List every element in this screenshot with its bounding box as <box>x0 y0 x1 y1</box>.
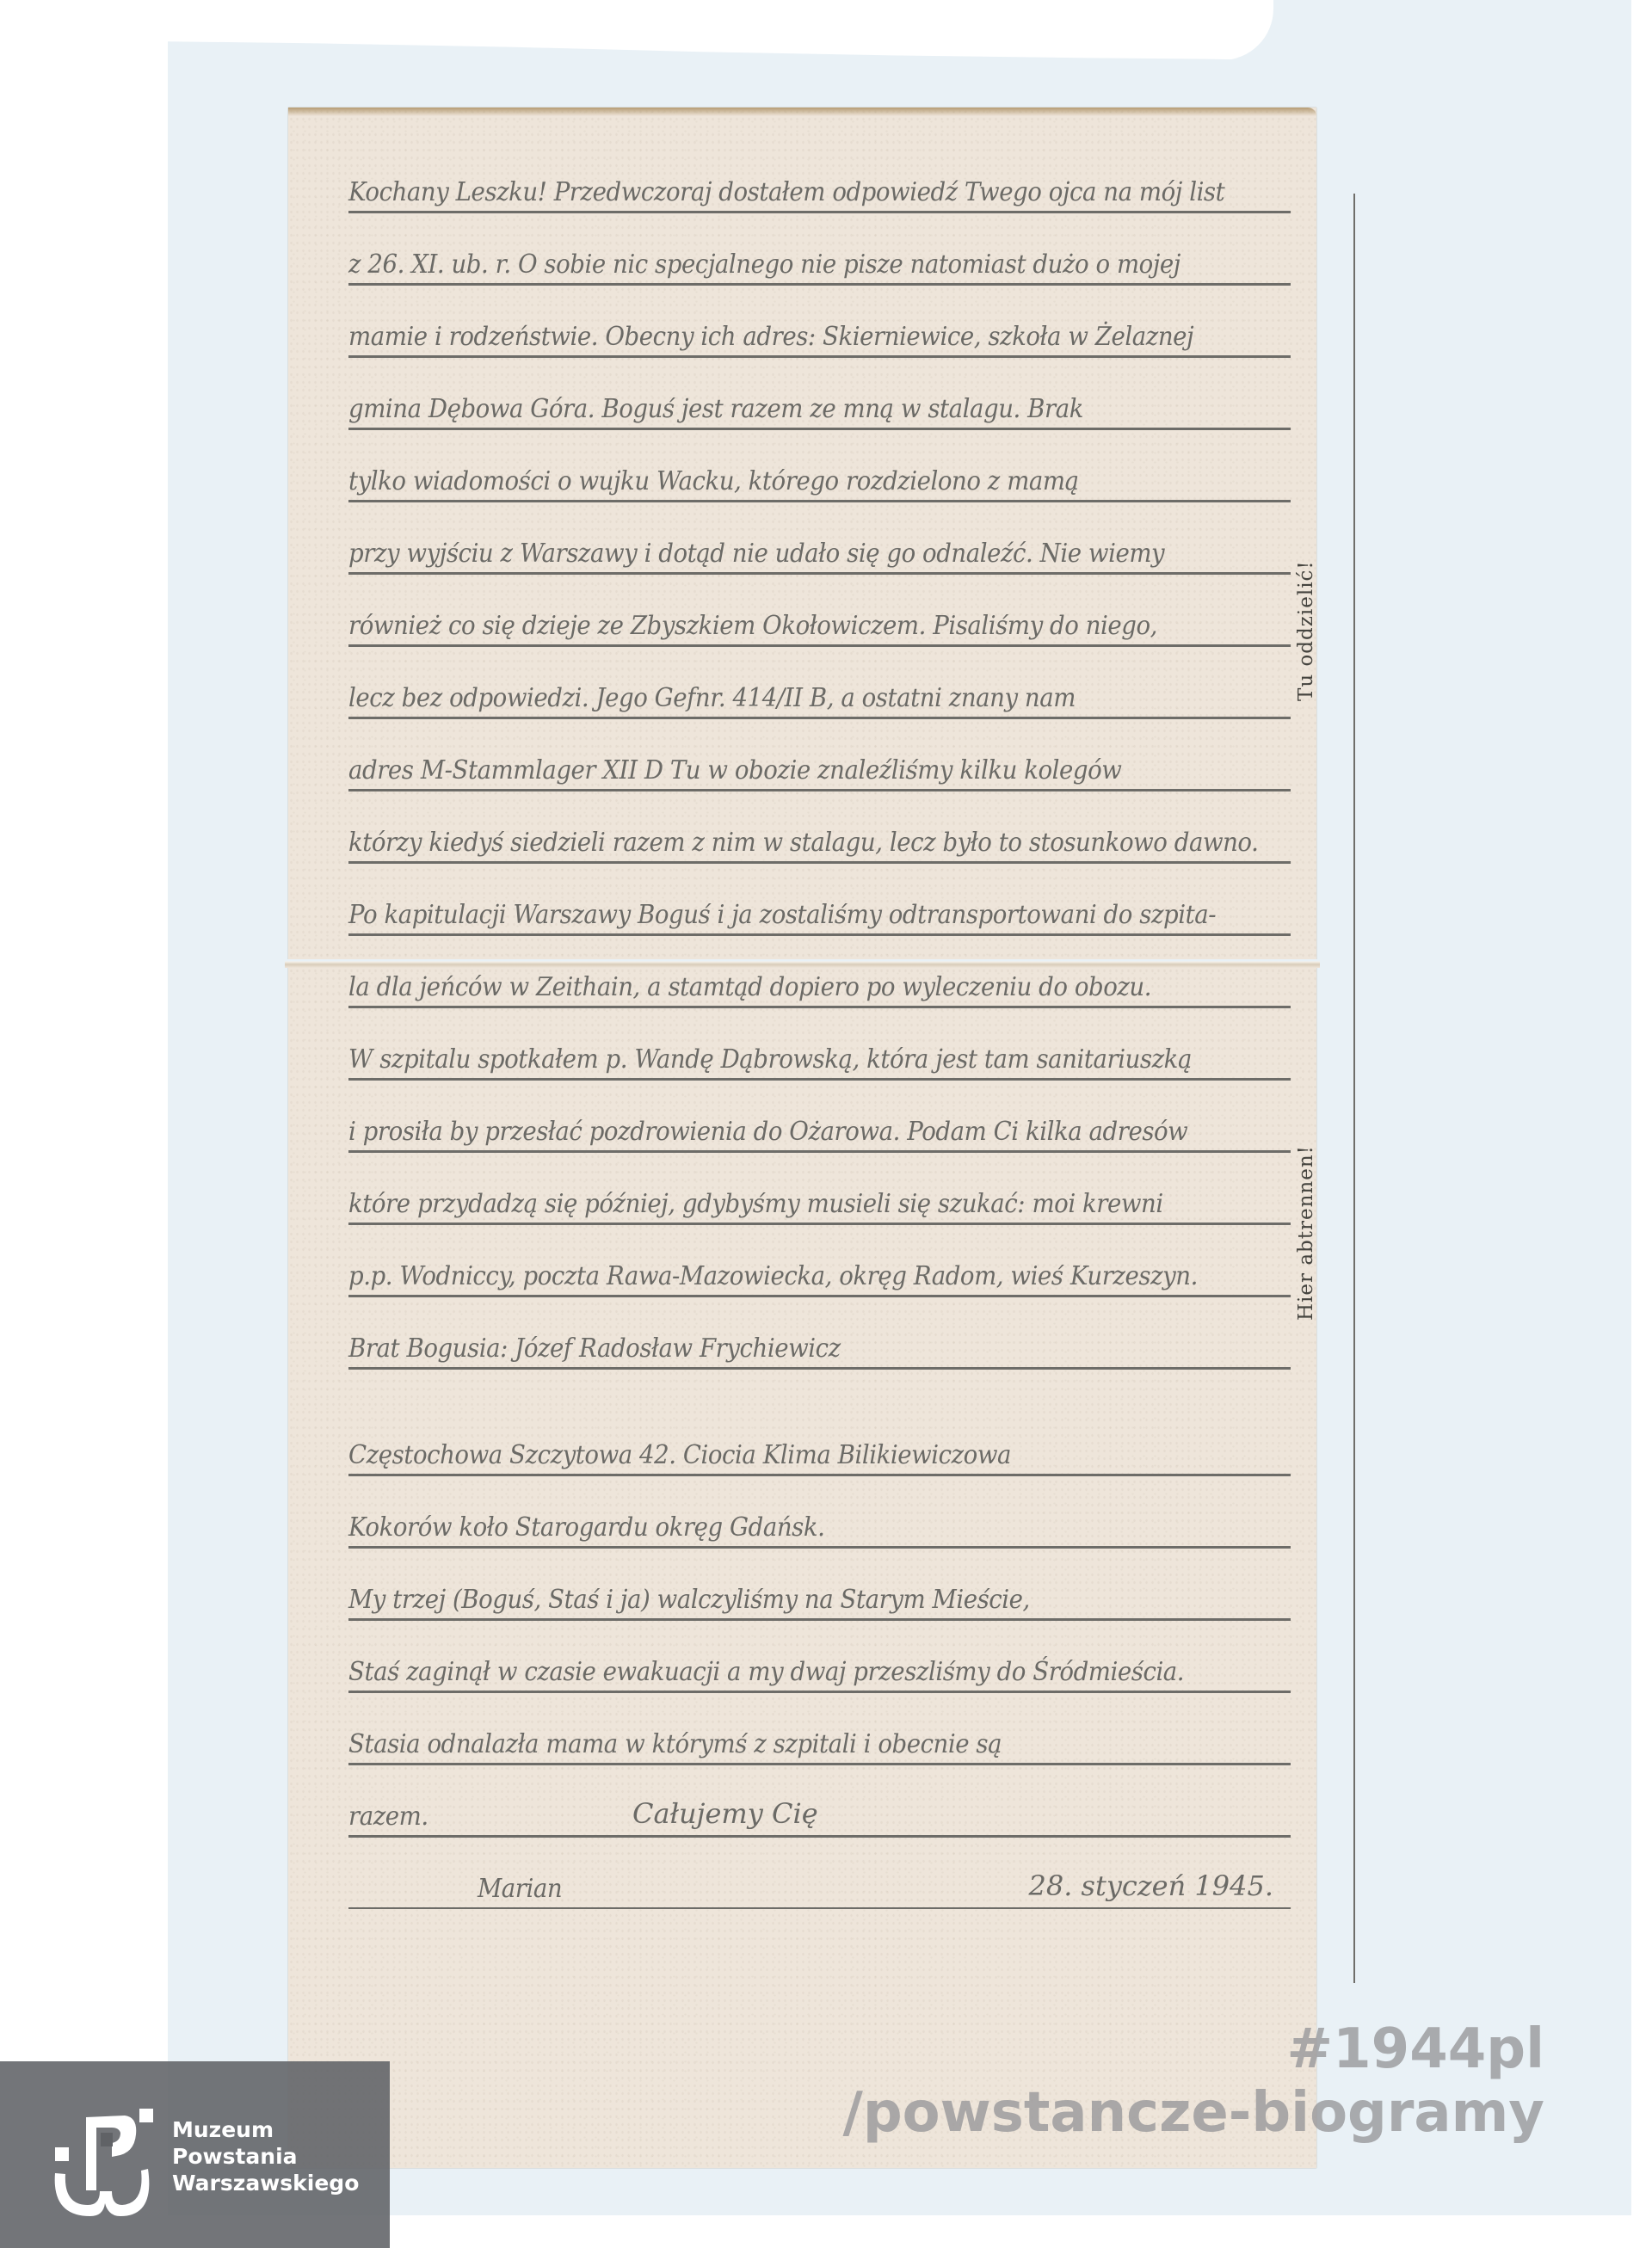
text-line: i prosiła by przesłać pozdrowienia do Oż… <box>348 1099 1291 1153</box>
text-line: Po kapitulacji Warszawy Boguś i ja zosta… <box>348 882 1291 936</box>
line-text: Kochany Leszku! Przedwczoraj dostałem od… <box>348 177 1224 207</box>
text-line: Stasia odnalazła mama w którymś z szpita… <box>348 1711 1291 1765</box>
line-text: które przydadzą się później, gdybyśmy mu… <box>348 1189 1163 1219</box>
tear-off-rule <box>1353 194 1355 1983</box>
background-sheet-left <box>0 0 168 2248</box>
line-text: Częstochowa Szczytowa 42. Ciocia Klima B… <box>348 1440 1011 1470</box>
line-text: la dla jeńców w Zeithain, a stamtąd dopi… <box>348 972 1151 1002</box>
text-line: również co się dzieje ze Zbyszkiem Około… <box>348 593 1291 647</box>
letter-date: 28. styczeń 1945. <box>1028 1869 1273 1902</box>
text-line: tylko wiadomości o wujku Wacku, którego … <box>348 448 1291 502</box>
text-line: gmina Dębowa Góra. Boguś jest razem ze m… <box>348 376 1291 430</box>
museum-logo-box: Muzeum Powstania Warszawskiego <box>0 2061 390 2248</box>
kotwica-anchor-icon <box>52 2109 155 2220</box>
line-text: adres M-Stammlager XII D Tu w obozie zna… <box>348 755 1121 785</box>
line-text: W szpitalu spotkałem p. Wandę Dąbrowską,… <box>348 1044 1192 1075</box>
text-line: Kochany Leszku! Przedwczoraj dostałem od… <box>348 159 1291 213</box>
text-line: Staś zaginął w czasie ewakuacji a my dwa… <box>348 1639 1291 1693</box>
text-line: lecz bez odpowiedzi. Jego Gefnr. 414/II … <box>348 665 1291 719</box>
closing: Całujemy Cię <box>632 1797 818 1830</box>
museum-name-line-1: Muzeum <box>172 2116 359 2143</box>
text-line: adres M-Stammlager XII D Tu w obozie zna… <box>348 737 1291 791</box>
text-line: przy wyjściu z Warszawy i dotąd nie udał… <box>348 520 1291 575</box>
text-line: Kokorów koło Starogardu okręg Gdańsk. <box>348 1494 1291 1549</box>
museum-name-line-2: Powstania <box>172 2143 359 2170</box>
watermark-hashtag: #1944pl <box>842 2017 1544 2081</box>
text-line: My trzej (Boguś, Staś i ja) walczyliśmy … <box>348 1567 1291 1621</box>
signature: Marian <box>478 1874 562 1904</box>
text-line: la dla jeńców w Zeithain, a stamtąd dopi… <box>348 954 1291 1008</box>
line-text: tylko wiadomości o wujku Wacku, którego … <box>348 466 1079 496</box>
line-text: Stasia odnalazła mama w którymś z szpita… <box>348 1729 1002 1759</box>
line-text: Brat Bogusia: Józef Radosław Frychiewicz <box>348 1333 841 1364</box>
text-line: razem.Całujemy Cię <box>348 1783 1291 1838</box>
background-sheet-top <box>0 0 1273 60</box>
line-text: lecz bez odpowiedzi. Jego Gefnr. 414/II … <box>348 683 1076 713</box>
text-line: Częstochowa Szczytowa 42. Ciocia Klima B… <box>348 1422 1291 1476</box>
line-text: Kokorów koło Starogardu okręg Gdańsk. <box>348 1512 824 1543</box>
line-text: razem. <box>348 1801 428 1832</box>
museum-name-line-3: Warszawskiego <box>172 2170 359 2196</box>
text-line: którzy kiedyś siedzieli razem z nim w st… <box>348 810 1291 864</box>
line-text: przy wyjściu z Warszawy i dotąd nie udał… <box>348 539 1164 569</box>
signature-line: Marian28. styczeń 1945. <box>348 1856 1291 1909</box>
card-worn-edge <box>288 108 1316 116</box>
line-text: Staś zaginął w czasie ewakuacji a my dwa… <box>348 1657 1184 1687</box>
line-text: którzy kiedyś siedzieli razem z nim w st… <box>348 828 1258 858</box>
line-text: i prosiła by przesłać pozdrowienia do Oż… <box>348 1117 1187 1147</box>
line-text: gmina Dębowa Góra. Boguś jest razem ze m… <box>348 394 1083 424</box>
margin-label-hier-abtrennen: Hier abtrennen! <box>1295 1145 1317 1321</box>
line-text: z 26. XI. ub. r. O sobie nic specjalnego… <box>348 249 1180 280</box>
text-line: Brat Bogusia: Józef Radosław Frychiewicz <box>348 1315 1291 1370</box>
text-line: mamie i rodzeństwie. Obecny ich adres: S… <box>348 304 1291 358</box>
letter-card: Tu oddzielić! Hier abtrennen! Kochany Le… <box>288 108 1316 2168</box>
line-text: Po kapitulacji Warszawy Boguś i ja zosta… <box>348 900 1216 930</box>
line-text: My trzej (Boguś, Staś i ja) walczyliśmy … <box>348 1585 1030 1615</box>
text-line: W szpitalu spotkałem p. Wandę Dąbrowską,… <box>348 1026 1291 1081</box>
line-text: również co się dzieje ze Zbyszkiem Około… <box>348 611 1157 641</box>
text-line: które przydadzą się później, gdybyśmy mu… <box>348 1171 1291 1225</box>
watermark-path: /powstancze-biogramy <box>842 2081 1544 2145</box>
line-text: p.p. Wodniccy, poczta Rawa-Mazowiecka, o… <box>348 1261 1198 1291</box>
text-line: z 26. XI. ub. r. O sobie nic specjalnego… <box>348 231 1291 286</box>
museum-name: Muzeum Powstania Warszawskiego <box>172 2116 359 2196</box>
line-text: mamie i rodzeństwie. Obecny ich adres: S… <box>348 322 1193 352</box>
text-line: p.p. Wodniccy, poczta Rawa-Mazowiecka, o… <box>348 1243 1291 1297</box>
margin-label-tu-oddzielic: Tu oddzielić! <box>1295 560 1317 701</box>
watermark: #1944pl /powstancze-biogramy <box>842 2017 1544 2145</box>
background-sheet-right <box>1631 0 1652 2248</box>
